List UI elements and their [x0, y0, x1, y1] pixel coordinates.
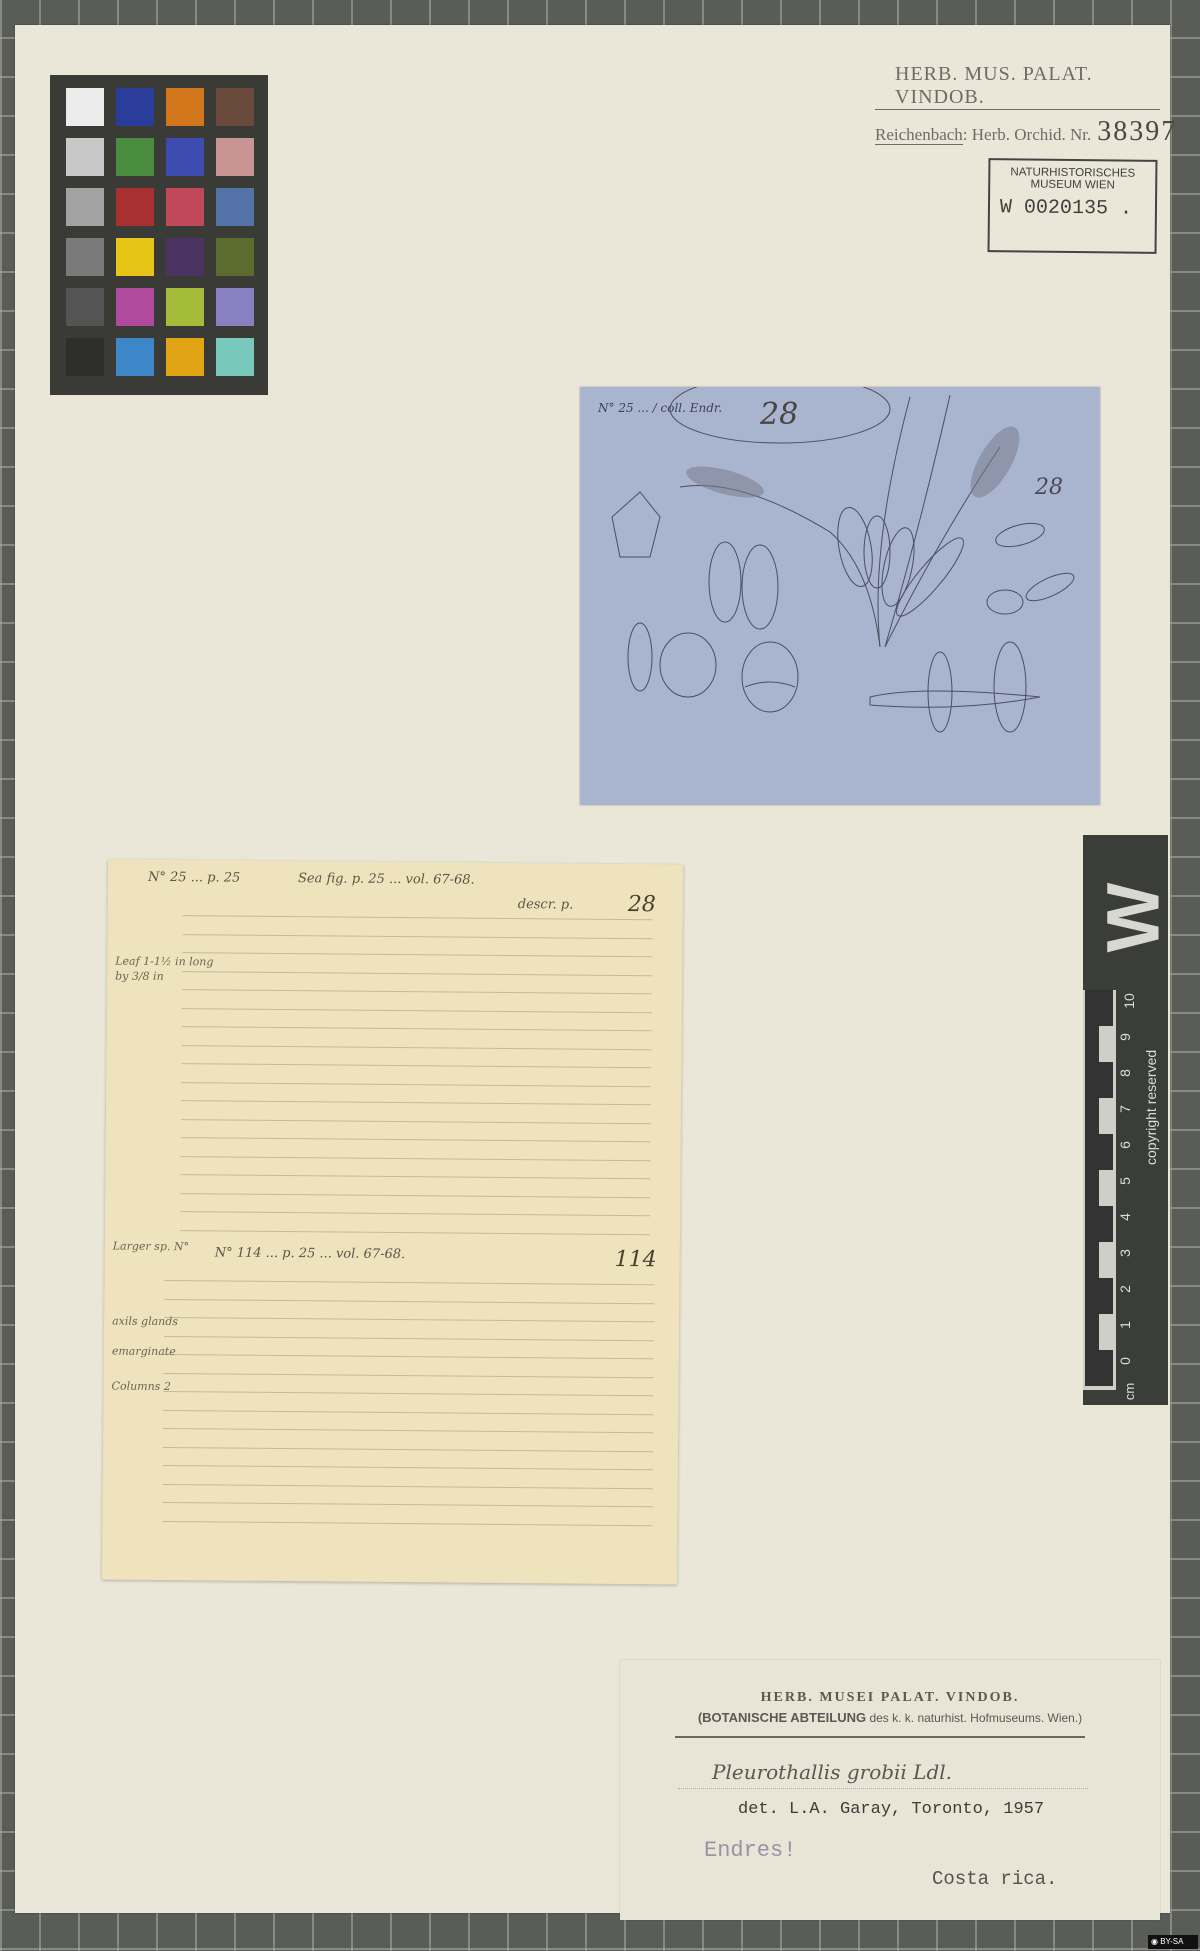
manuscript-header-ref: Sea fig. p. 25 ... vol. 67-68.	[298, 871, 475, 888]
institution-stamp: HERB. MUS. PALAT. VINDOB. Reichenbach: H…	[875, 63, 1185, 148]
color-swatch	[66, 338, 104, 376]
determiner: det. L.A. Garay, Toronto, 1957	[738, 1800, 1044, 1819]
collector-stamp: Endres!	[704, 1838, 796, 1863]
manuscript-descr: descr. p.	[518, 897, 574, 912]
handwriting-block-1	[180, 915, 653, 1252]
w-logo: W	[1091, 878, 1176, 958]
drawing-number-secondary: 28	[1035, 475, 1063, 500]
color-swatch	[66, 138, 104, 176]
handwritten-description: N° 25 ... p. 25 Sea fig. p. 25 ... vol. …	[102, 860, 683, 1585]
museum-barcode-stamp: NATURHISTORISCHES MUSEUM WIEN W 0020135 …	[988, 158, 1158, 254]
drawing-note: N° 25 ... / coll. Endr.	[598, 401, 722, 415]
margin-note: Columns 2	[112, 1380, 171, 1394]
institution-stamp-line2: Reichenbach: Herb. Orchid. Nr.38397	[875, 116, 1185, 148]
orchid-drawing-icon	[580, 387, 1100, 805]
scale-bar: W 10 9 8 7 6 5 4 3 2 1 0 copyright reser…	[1083, 835, 1168, 1405]
institution-stamp-title: HERB. MUS. PALAT. VINDOB.	[875, 63, 1160, 110]
color-swatch	[216, 338, 254, 376]
color-swatch	[166, 138, 204, 176]
label-divider	[675, 1736, 1085, 1738]
color-swatch	[166, 188, 204, 226]
handwriting-block-2	[162, 1280, 654, 1543]
color-swatch	[66, 88, 104, 126]
color-swatch	[66, 288, 104, 326]
color-swatch	[216, 238, 254, 276]
herbarium-number: 38397	[1097, 116, 1177, 147]
color-swatch	[116, 338, 154, 376]
color-swatch	[166, 238, 204, 276]
color-swatch	[166, 88, 204, 126]
color-swatch	[216, 138, 254, 176]
unit-label: cm	[1122, 1383, 1137, 1400]
color-swatch	[216, 288, 254, 326]
collection-name: Reichenbach	[875, 125, 963, 145]
drawing-number: 28	[760, 397, 798, 432]
margin-note: Larger sp. N°	[113, 1240, 189, 1254]
color-swatch	[66, 188, 104, 226]
dotted-line	[678, 1788, 1088, 1789]
color-swatch	[116, 188, 154, 226]
taxon-name: Pleurothallis grobii Ldl.	[712, 1760, 952, 1784]
ruler-ticks: 10 9 8 7 6 5 4 3 2 1 0	[1121, 993, 1141, 1393]
color-swatch	[166, 288, 204, 326]
manuscript-header-2: N° 114 ... p. 25 ... vol. 67-68.	[215, 1245, 406, 1262]
manuscript-number-114: 114	[615, 1247, 657, 1272]
determination-label: HERB. MUSEI PALAT. VINDOB. (BOTANISCHE A…	[620, 1660, 1160, 1920]
barcode-id: W 0020135 .	[990, 196, 1155, 221]
color-swatch	[116, 288, 154, 326]
manuscript-header: N° 25 ... p. 25	[148, 870, 240, 886]
manuscript-number-28: 28	[628, 892, 656, 917]
color-checker-card	[50, 75, 268, 395]
margin-note: Leaf 1-1½ in long	[115, 955, 213, 969]
label-subheader: (BOTANISCHE ABTEILUNG des k. k. naturhis…	[620, 1710, 1160, 1725]
color-swatch	[216, 188, 254, 226]
margin-note: by 3/8 in	[115, 970, 164, 983]
color-swatch	[216, 88, 254, 126]
color-swatch	[116, 88, 154, 126]
museum-name: NATURHISTORISCHES MUSEUM WIEN	[990, 166, 1155, 192]
botanical-sketch: N° 25 ... / coll. Endr. 28 28	[580, 387, 1100, 805]
copyright-text: copyright reserved	[1143, 1050, 1159, 1165]
cc-license-badge: ◉ BY-SA	[1148, 1935, 1198, 1949]
label-header: HERB. MUSEI PALAT. VINDOB.	[620, 1690, 1160, 1706]
cm-ruler	[1083, 990, 1116, 1390]
color-swatch	[66, 238, 104, 276]
color-swatch	[116, 238, 154, 276]
color-swatch	[166, 338, 204, 376]
color-swatch	[116, 138, 154, 176]
collection-type: : Herb. Orchid. Nr.	[963, 125, 1091, 144]
locality: Costa rica.	[932, 1868, 1057, 1890]
